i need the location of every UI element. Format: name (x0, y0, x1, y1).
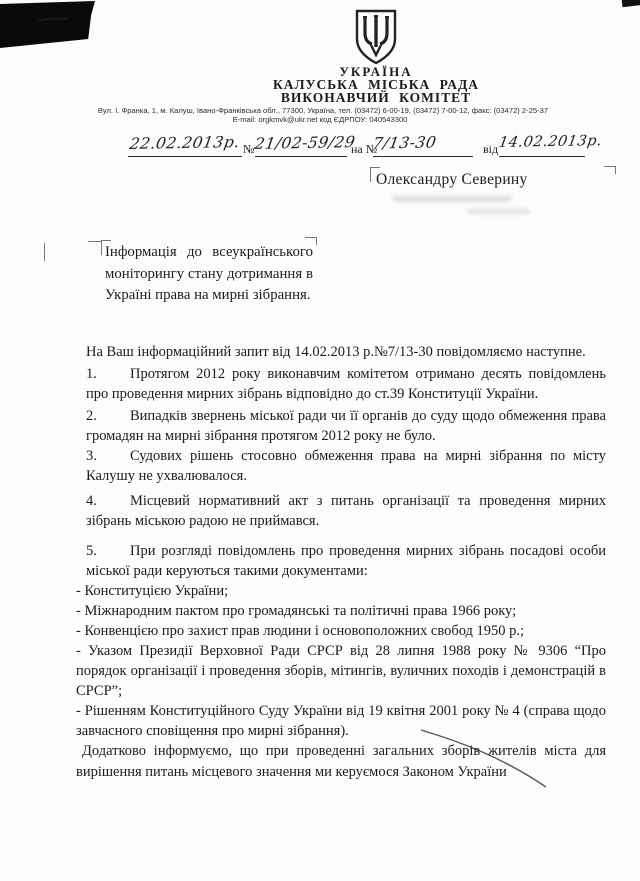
outgoing-number-value: 21/02-59/29 (253, 133, 356, 153)
item-number: 5. (86, 541, 130, 561)
incoming-date-label: від (483, 142, 498, 157)
item-text: При розгляді повідомлень про проведення … (86, 543, 606, 579)
addressee-name: Олександру Северину (376, 171, 528, 189)
addressee-corner-mark-right (604, 166, 616, 174)
document-list-item: - Конституцією України; (76, 581, 606, 601)
document-list-item: - Конвенцією про захист прав людини і ос… (76, 621, 606, 641)
item-text: Випадків звернень міської ради чи її орг… (86, 408, 606, 444)
numbered-item-5: 5.При розгляді повідомлень про проведенн… (76, 541, 606, 581)
numbered-item-2: 2.Випадків звернень міської ради чи її о… (76, 406, 606, 446)
incoming-number-value: 7/13-30 (371, 133, 437, 152)
letterhead-org-unit: ВИКОНАВЧИЙ КОМІТЕТ (238, 90, 514, 106)
item-text: Протягом 2012 року виконавчим комітетом … (86, 366, 606, 402)
item-number: 4. (86, 491, 130, 511)
letter-body: На Ваш інформаційний запит від 14.02.201… (76, 342, 606, 782)
margin-angle-mark (88, 241, 102, 250)
numbered-item-3: 3.Судових рішень стосовно обмеження прав… (76, 446, 606, 486)
incoming-date-value: 14.02.2013р. (498, 133, 604, 151)
item-number: 2. (86, 406, 130, 426)
outgoing-number-field: 21/02-59/29 (255, 134, 347, 157)
scan-artifact-top-right (622, 0, 640, 7)
document-list-item: - Рішенням Конституційного Суду України … (76, 701, 606, 741)
number-label: № (243, 142, 254, 157)
bleed-through-smudge (468, 209, 530, 214)
item-number: 3. (86, 446, 130, 466)
bleed-through-smudge (392, 196, 512, 202)
intro-paragraph: На Ваш інформаційний запит від 14.02.201… (76, 342, 606, 362)
letter-subject: Інформація до всеукраїнського моніторинг… (105, 242, 313, 307)
numbered-item-4: 4.Місцевий нормативний акт з питань орга… (76, 491, 606, 531)
scanned-letter-page: УКРАЇНА КАЛУСЬКА МІСЬКА РАДА ВИКОНАВЧИЙ … (0, 0, 640, 881)
outgoing-date-field: 22.02.2013р. (128, 134, 242, 157)
outgoing-date-value: 22.02.2013р. (129, 133, 242, 153)
numbered-item-1: 1.Протягом 2012 року виконавчим комітето… (76, 364, 606, 404)
additional-paragraph: Додатково інформуємо, що при проведенні … (76, 741, 606, 782)
item-text: Судових рішень стосовно обмеження права … (86, 448, 606, 484)
tryzub-emblem-icon (351, 9, 401, 67)
document-list-item: - Міжнародним пактом про громадянські та… (76, 601, 606, 621)
margin-tick-mark (44, 243, 46, 261)
pen-scribble (34, 12, 78, 28)
incoming-date-field: 14.02.2013р. (499, 134, 585, 157)
item-text: Місцевий нормативний акт з питань органі… (86, 493, 606, 529)
letterhead-address: Вул. І. Франка, 1, м. Калуш, Івано-Франк… (40, 106, 606, 115)
incoming-number-field: 7/13-30 (373, 134, 473, 157)
item-number: 1. (86, 364, 130, 384)
letterhead-email: E-mail: orgkmvk@ukr.net код ЄДРПОУ: 0405… (40, 115, 600, 124)
additional-text: Додатково інформуємо, що при проведенні … (76, 743, 606, 780)
document-list-item: - Указом Президії Верховної Ради СРСР ві… (76, 641, 606, 701)
